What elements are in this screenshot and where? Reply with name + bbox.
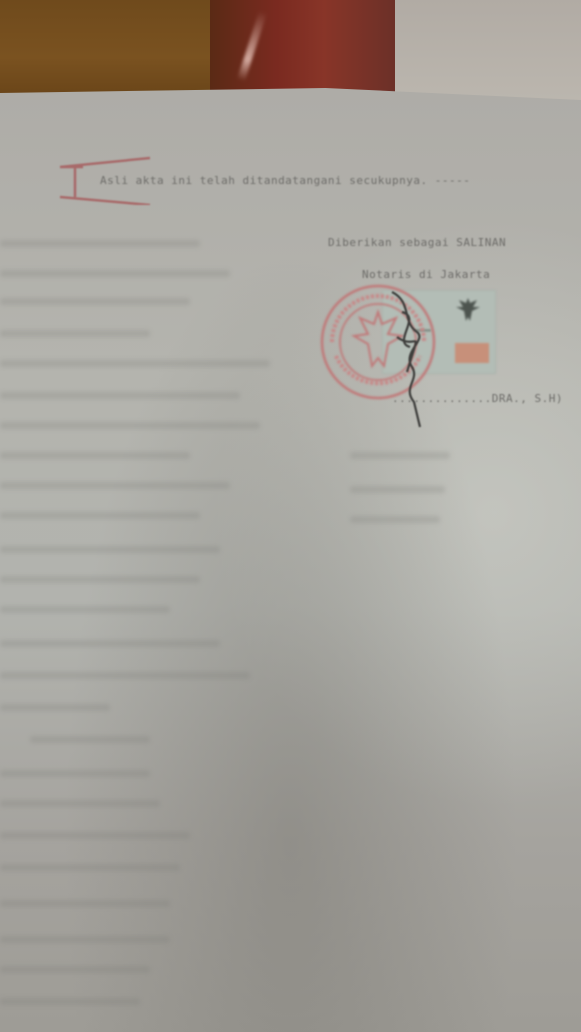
- ghost-text-line: [0, 606, 170, 613]
- ghost-text-line: [350, 452, 450, 459]
- ghost-text-line: [0, 330, 150, 337]
- ghost-text-line: [0, 900, 170, 907]
- ghost-text-line: [0, 482, 230, 489]
- ghost-text-line: [0, 998, 140, 1005]
- ghost-text-line: [350, 516, 440, 523]
- notary-place: Notaris di Jakarta: [362, 268, 490, 281]
- closing-statement: Asli akta ini telah ditandatangani secuk…: [100, 174, 470, 187]
- photo-background: [0, 0, 581, 100]
- ghost-text-line: [0, 832, 190, 839]
- ghost-text-line: [0, 422, 260, 429]
- document-page: [0, 88, 581, 1032]
- ghost-text-line: [0, 936, 170, 943]
- ghost-text-line: [30, 736, 150, 743]
- ghost-text-line: [0, 360, 270, 367]
- ghost-text-line: [0, 392, 240, 399]
- ghost-text-line: [0, 966, 150, 973]
- ghost-text-line: [0, 576, 200, 583]
- ghost-text-line: [0, 704, 110, 711]
- signature-icon: [372, 282, 452, 432]
- garuda-icon: [453, 295, 483, 325]
- grey-surface: [395, 0, 581, 100]
- ghost-text-line: [0, 640, 220, 647]
- ghost-text-line: [350, 486, 445, 493]
- ghost-text-line: [0, 240, 200, 247]
- ghost-text-line: [0, 452, 190, 459]
- issued-as-copy: Diberikan sebagai SALINAN: [328, 236, 506, 249]
- ghost-text-line: [0, 270, 230, 277]
- wooden-surface: [0, 0, 240, 96]
- ghost-text-line: [0, 864, 180, 871]
- notary-name: ..............DRA., S.H): [392, 392, 563, 405]
- ghost-text-line: [0, 672, 250, 679]
- ghost-text-line: [0, 800, 160, 807]
- ghost-text-line: [0, 298, 190, 305]
- ghost-text-line: [0, 770, 150, 777]
- ghost-text-line: [0, 512, 200, 519]
- ghost-text-line: [0, 546, 220, 553]
- meterai-value-box: [455, 343, 489, 363]
